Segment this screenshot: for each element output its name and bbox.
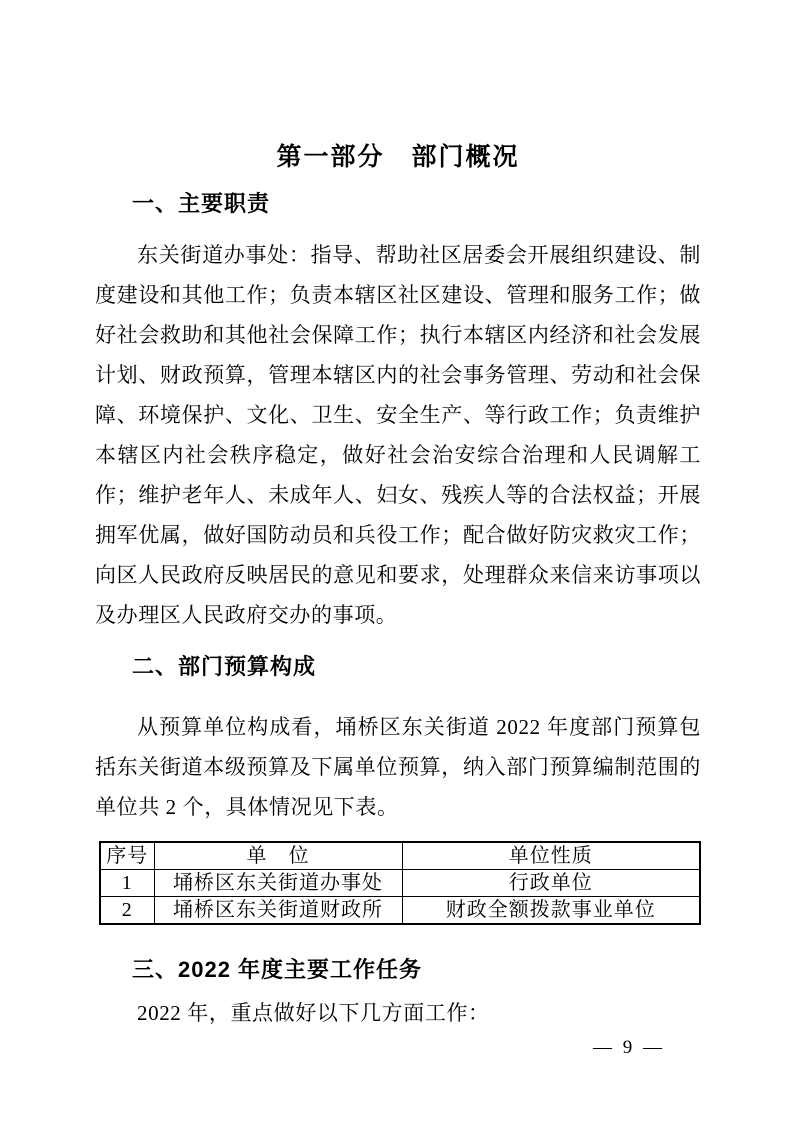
page-content: 第一部分 部门概况 一、主要职责 东关街道办事处：指导、帮助社区居委会开展组织建…	[95, 0, 701, 1033]
document-title: 第一部分 部门概况	[95, 143, 701, 171]
page-number: — 9 —	[593, 1037, 665, 1059]
budget-units-table: 序号 单 位 单位性质 1 埇桥区东关街道办事处 行政单位 2 埇桥区东关街道财…	[99, 841, 701, 925]
section-2-paragraph: 从预算单位构成看，埇桥区东关街道 2022 年度部门预算包括东关街道本级预算及下…	[95, 707, 701, 827]
unit-name-cell: 埇桥区东关街道财政所	[154, 897, 402, 925]
unit-type-cell: 行政单位	[402, 870, 700, 897]
unit-type-cell: 财政全额拨款事业单位	[402, 897, 700, 925]
section-2-heading: 二、部门预算构成	[95, 653, 701, 681]
table-row: 2 埇桥区东关街道财政所 财政全额拨款事业单位	[100, 897, 700, 925]
table-row: 1 埇桥区东关街道办事处 行政单位	[100, 870, 700, 897]
row-index-cell: 1	[100, 870, 154, 897]
column-header-unit-type: 单位性质	[402, 842, 700, 870]
section-1-paragraph: 东关街道办事处：指导、帮助社区居委会开展组织建设、制度建设和其他工作；负责本辖区…	[95, 235, 701, 635]
column-header-index: 序号	[100, 842, 154, 870]
section-3-paragraph: 2022 年，重点做好以下几方面工作：	[95, 993, 701, 1033]
section-3-heading: 三、2022 年度主要工作任务	[95, 956, 701, 984]
row-index-cell: 2	[100, 897, 154, 925]
document-page: 第一部分 部门概况 一、主要职责 东关街道办事处：指导、帮助社区居委会开展组织建…	[0, 0, 793, 1122]
column-header-unit: 单 位	[154, 842, 402, 870]
section-1-heading: 一、主要职责	[95, 190, 701, 218]
table-header-row: 序号 单 位 单位性质	[100, 842, 700, 870]
unit-name-cell: 埇桥区东关街道办事处	[154, 870, 402, 897]
